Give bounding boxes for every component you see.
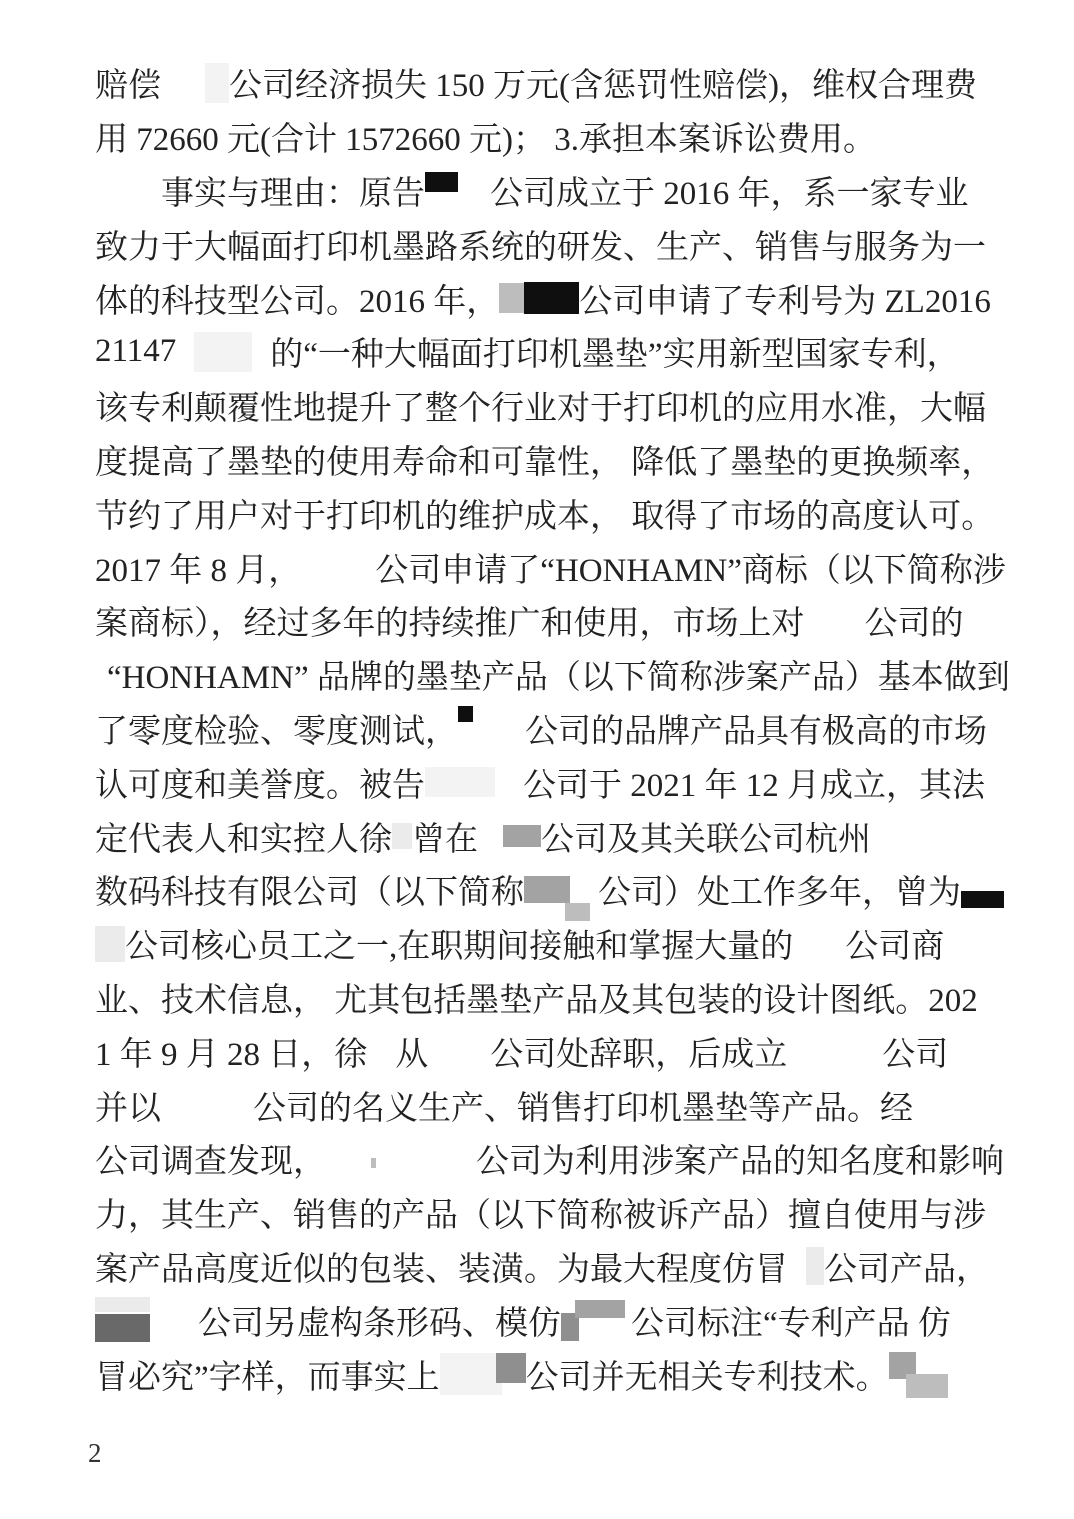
text-segment: 节约了用户对于打印机的维护成本， 取得了市场的高度认可。: [95, 490, 994, 537]
text-line: 冒必究”字样，而事实上公司并无相关专利技术。: [95, 1347, 1025, 1401]
text-segment: 公司产品，: [824, 1243, 989, 1290]
text-line: 了零度检验、零度测试，公司的品牌产品具有极高的市场: [95, 702, 1025, 756]
text-gap: [301, 567, 375, 568]
text-segment: 公司成立于 2016 年，系一家专业: [490, 167, 969, 214]
redaction-box: [392, 823, 412, 849]
text-gap: [473, 728, 525, 729]
text-line: 定代表人和实控人徐曾在公司及其关联公司杭州: [95, 809, 1025, 863]
text-gap: [458, 190, 490, 191]
text-line: 赔偿公司经济损失 150 万元(含惩罚性赔偿)，维权合理费: [95, 56, 1025, 110]
page-number: 2: [88, 1438, 102, 1469]
redaction-box: [371, 1158, 376, 1168]
text-line: 业、技术信息， 尤其包括墨垫产品及其包装的设计图纸。202: [95, 971, 1025, 1025]
text-segment: 赔偿: [95, 59, 161, 106]
redaction-box: [906, 1374, 948, 1398]
text-segment: 公司调查发现，: [95, 1135, 326, 1182]
text-segment: 定代表人和实控人徐: [95, 813, 392, 860]
text-line: 认可度和美誉度。被告公司于 2021 年 12 月成立，其法: [95, 755, 1025, 809]
text-segment: 从: [395, 1028, 428, 1075]
redaction-box: [95, 1297, 150, 1312]
text-gap: [787, 1051, 882, 1052]
text-gap: [793, 943, 845, 944]
text-line: 力，其生产、销售的产品（以下简称被诉产品）擅自使用与涉: [95, 1186, 1025, 1240]
text-gap: [376, 1158, 476, 1159]
text-segment: 公司并无相关专利技术。: [526, 1351, 889, 1398]
text-line: 公司另虚构条形码、模仿公司标注“专利产品 仿: [95, 1293, 1025, 1347]
redaction-box: [496, 1353, 526, 1383]
text-gap: [590, 889, 598, 890]
text-line: 体的科技型公司。2016 年，公司申请了专利号为 ZL2016: [95, 271, 1025, 325]
text-segment: 公司: [882, 1028, 948, 1075]
text-line: 公司核心员工之一,在职期间接触和掌握大量的公司商: [95, 917, 1025, 971]
text-segment: 公司的: [865, 597, 964, 644]
text-line: 致力于大幅面打印机墨路系统的研发、生产、销售与服务为一: [95, 217, 1025, 271]
text-segment: 公司的名义生产、销售打印机墨垫等产品。经: [253, 1082, 913, 1129]
text-segment: “HONHAMN” 品牌的墨垫产品（以下简称涉案产品）基本做到: [107, 651, 1010, 698]
text-segment: 公司及其关联公司杭州: [541, 813, 871, 860]
text-gap: [161, 82, 205, 83]
text-line: 用 72660 元(合计 1572660 元)； 3.承担本案诉讼费用。: [95, 110, 1025, 164]
text-segment: 1 年 9 月 28 日，徐: [95, 1028, 367, 1075]
text-line: 案产品高度近似的包装、装潢。为最大程度仿冒公司产品，: [95, 1240, 1025, 1294]
redaction-box: [95, 926, 125, 962]
redaction-box: [565, 903, 590, 921]
text-segment: 公司申请了专利号为 ZL2016: [579, 275, 991, 322]
text-segment: 公司核心员工之一,在职期间接触和掌握大量的: [125, 920, 793, 967]
redaction-box: [425, 767, 495, 797]
text-line: 该专利颠覆性地提升了整个行业对于打印机的应用水准，大幅: [95, 379, 1025, 433]
text-line: 事实与理由：原告公司成立于 2016 年，系一家专业: [95, 164, 1025, 218]
redaction-box: [499, 283, 524, 313]
text-gap: [252, 351, 270, 352]
redaction-box: [524, 282, 579, 314]
redaction-box: [503, 825, 541, 847]
redaction-box: [194, 332, 252, 372]
text-segment: 度提高了墨垫的使用寿命和可靠性， 降低了墨垫的更换频率，: [95, 436, 994, 483]
redaction-box: [806, 1247, 824, 1285]
redaction-box: [205, 63, 229, 103]
redaction-box: [425, 172, 458, 192]
text-line: 1 年 9 月 28 日，徐从公司处辞职，后成立公司: [95, 1024, 1025, 1078]
text-segment: 了零度检验、零度测试，: [95, 705, 458, 752]
text-segment: 事实与理由：原告: [161, 167, 425, 214]
text-gap: [161, 1105, 253, 1106]
text-line: 节约了用户对于打印机的维护成本， 取得了市场的高度认可。: [95, 486, 1025, 540]
text-segment: 业、技术信息， 尤其包括墨垫产品及其包装的设计图纸。202: [95, 974, 978, 1021]
text-line: 2017 年 8 月，公司申请了“HONHAMN”商标（以下简称涉: [95, 540, 1025, 594]
redaction-box: [458, 706, 473, 722]
document-page: 赔偿公司经济损失 150 万元(含惩罚性赔偿)，维权合理费用 72660 元(合…: [95, 56, 1025, 1401]
text-gap: [805, 620, 865, 621]
text-segment: 公司经济损失 150 万元(含惩罚性赔偿)，维权合理费: [229, 59, 977, 106]
text-segment: 公司为利用涉案产品的知名度和影响: [476, 1135, 1004, 1182]
text-segment: 体的科技型公司。2016 年，: [95, 275, 499, 322]
text-segment: 用 72660 元(合计 1572660 元)； 3.承担本案诉讼费用。: [95, 113, 876, 160]
text-segment: 冒必究”字样，而事实上: [95, 1351, 440, 1398]
text-segment: 公司另虚构条形码、模仿: [198, 1297, 561, 1344]
text-segment: 该专利颠覆性地提升了整个行业对于打印机的应用水准，大幅: [95, 382, 986, 429]
text-line: 21147的“一种大幅面打印机墨垫”实用新型国家专利，: [95, 325, 1025, 379]
text-gap: [495, 782, 523, 783]
text-segment: 力，其生产、销售的产品（以下简称被诉产品）擅自使用与涉: [95, 1189, 986, 1236]
text-line: 并以公司的名义生产、销售打印机墨垫等产品。经: [95, 1078, 1025, 1132]
redaction-box: [440, 1353, 502, 1395]
text-line: 度提高了墨垫的使用寿命和可靠性， 降低了墨垫的更换频率，: [95, 433, 1025, 487]
text-segment: 认可度和美誉度。被告: [95, 759, 425, 806]
text-segment: 案产品高度近似的包装、装潢。为最大程度仿冒: [95, 1243, 788, 1290]
text-segment: 致力于大幅面打印机墨路系统的研发、生产、销售与服务为一: [95, 221, 986, 268]
text-gap: [428, 1051, 490, 1052]
text-segment: 公司申请了“HONHAMN”商标（以下简称涉: [375, 544, 1006, 591]
text-segment: 案商标），经过多年的持续推广和使用，市场上对: [95, 597, 805, 644]
text-segment: 曾在: [412, 813, 478, 860]
text-segment: 公司标注“专利产品 仿: [631, 1297, 951, 1344]
text-segment: 公司商: [845, 920, 944, 967]
text-segment: 2017 年 8 月，: [95, 544, 301, 591]
text-segment: 公司的品牌产品具有极高的市场: [525, 705, 987, 752]
redaction-box: [524, 876, 570, 903]
text-line: “HONHAMN” 品牌的墨垫产品（以下简称涉案产品）基本做到: [95, 648, 1025, 702]
text-gap: [367, 1051, 395, 1052]
text-gap: [326, 1158, 371, 1159]
text-segment: 并以: [95, 1082, 161, 1129]
text-line: 数码科技有限公司（以下简称公司）处工作多年，曾为: [95, 863, 1025, 917]
text-segment: 公司于 2021 年 12 月成立，其法: [523, 759, 985, 806]
text-gap: [478, 836, 503, 837]
text-gap: [788, 1266, 806, 1267]
text-segment: 公司）处工作多年，曾为: [598, 866, 961, 913]
redaction-box: [95, 1314, 150, 1342]
text-line: 公司调查发现，公司为利用涉案产品的知名度和影响: [95, 1132, 1025, 1186]
redaction-box: [575, 1300, 625, 1318]
text-segment: 的“一种大幅面打印机墨垫”实用新型国家专利，: [270, 328, 959, 375]
text-segment: 公司处辞职，后成立: [490, 1028, 787, 1075]
text-gap: [176, 351, 194, 352]
text-gap: [150, 1320, 198, 1321]
text-segment: 21147: [95, 333, 176, 370]
redaction-box: [961, 891, 1004, 908]
text-segment: 数码科技有限公司（以下简称: [95, 866, 524, 913]
text-line: 案商标），经过多年的持续推广和使用，市场上对公司的: [95, 594, 1025, 648]
text-gap: [95, 674, 107, 675]
